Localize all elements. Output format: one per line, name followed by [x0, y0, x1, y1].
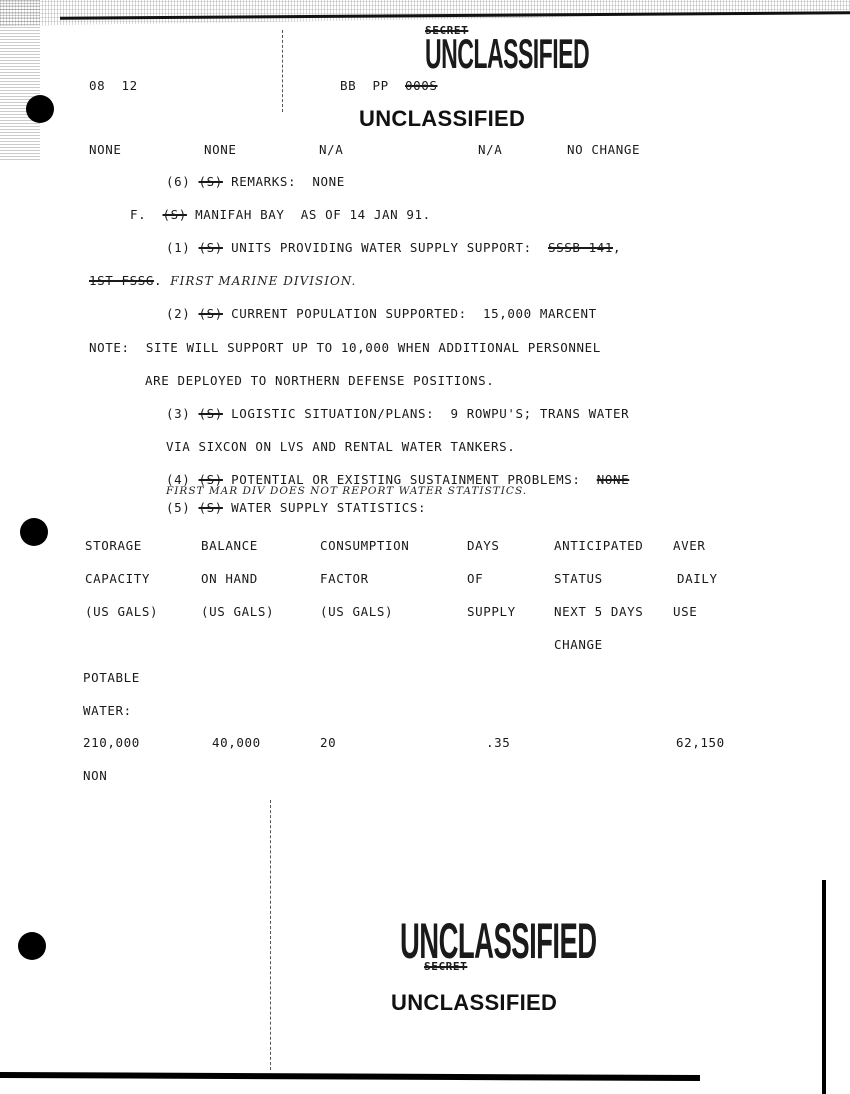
- routing-label: BB PP: [340, 78, 389, 93]
- cell-consumption-factor: 20: [320, 735, 336, 750]
- routing-struck: 000S: [405, 78, 438, 93]
- header-storage-1: STORAGE: [85, 538, 142, 553]
- prior-cell-3: N/A: [319, 142, 343, 157]
- header-anticipated-3: NEXT 5 DAYS: [554, 604, 643, 619]
- handwritten-unit: FIRST MARINE DIVISION.: [170, 274, 356, 288]
- item-3-continuation: VIA SIXCON ON LVS AND RENTAL WATER TANKE…: [166, 439, 515, 454]
- remarks-line: (6) (S) REMARKS: NONE: [166, 174, 345, 189]
- note-line-2: ARE DEPLOYED TO NORTHERN DEFENSE POSITIO…: [145, 373, 494, 388]
- header-aver-2: DAILY: [677, 571, 718, 586]
- item-1-continuation: 1ST FSSG. FIRST MARINE DIVISION.: [89, 273, 356, 288]
- note-line-1: NOTE: SITE WILL SUPPORT UP TO 10,000 WHE…: [89, 340, 601, 355]
- header-anticipated-4: CHANGE: [554, 637, 603, 652]
- classification-banner-top: UNCLASSIFIED: [359, 106, 525, 132]
- header-aver-1: AVER: [673, 538, 706, 553]
- prior-cell-5: NO CHANGE: [567, 142, 640, 157]
- punch-hole-middle: [20, 518, 48, 546]
- date-code: 08 12: [89, 78, 138, 93]
- punch-hole-top: [26, 95, 54, 123]
- page-edge-right: [822, 880, 826, 1094]
- header-days-1: DAYS: [467, 538, 500, 553]
- scan-noise-left: [0, 0, 40, 160]
- handwritten-note: FIRST MAR DIV DOES NOT REPORT WATER STAT…: [166, 485, 527, 497]
- stamp-struck-secret-bottom: SECRET: [424, 960, 467, 973]
- page-edge-bottom: [0, 1072, 700, 1081]
- header-anticipated-1: ANTICIPATED: [554, 538, 643, 553]
- section-f-heading: F. (S) MANIFAH BAY AS OF 14 JAN 91.: [130, 207, 431, 222]
- header-balance-1: BALANCE: [201, 538, 258, 553]
- header-storage-2: CAPACITY: [85, 571, 150, 586]
- cell-average-daily-use: 62,150: [676, 735, 725, 750]
- item-2-line: (2) (S) CURRENT POPULATION SUPPORTED: 15…: [166, 306, 597, 321]
- cell-days-of-supply: .35: [486, 735, 510, 750]
- header-balance-2: ON HAND: [201, 571, 258, 586]
- row-label-potable: POTABLE: [83, 670, 140, 685]
- header-consumption-3: (US GALS): [320, 604, 393, 619]
- item-5-line: (5) (S) WATER SUPPLY STATISTICS:: [166, 500, 426, 515]
- cell-balance-on-hand: 40,000: [212, 735, 261, 750]
- item-1-line: (1) (S) UNITS PROVIDING WATER SUPPLY SUP…: [166, 240, 621, 255]
- header-aver-3: USE: [673, 604, 697, 619]
- item-3-line: (3) (S) LOGISTIC SITUATION/PLANS: 9 ROWP…: [166, 406, 629, 421]
- header-consumption-2: FACTOR: [320, 571, 369, 586]
- header-days-3: SUPPLY: [467, 604, 516, 619]
- routing-code: BB PP 000S: [340, 78, 438, 93]
- header-anticipated-2: STATUS: [554, 571, 603, 586]
- header-days-2: OF: [467, 571, 483, 586]
- fold-line-bottom: [270, 800, 271, 1070]
- punch-hole-bottom: [18, 932, 46, 960]
- header-balance-3: (US GALS): [201, 604, 274, 619]
- header-consumption-1: CONSUMPTION: [320, 538, 409, 553]
- prior-cell-1: NONE: [89, 142, 122, 157]
- prior-cell-2: NONE: [204, 142, 237, 157]
- header-storage-3: (US GALS): [85, 604, 158, 619]
- cell-storage-capacity: 210,000: [83, 735, 140, 750]
- stamp-unclassified-top: UNCLASSIFIED: [425, 30, 589, 78]
- row-label-non: NON: [83, 768, 107, 783]
- fold-line-top: [282, 30, 283, 112]
- classification-banner-bottom: UNCLASSIFIED: [391, 990, 557, 1016]
- row-label-water: WATER:: [83, 703, 132, 718]
- prior-cell-4: N/A: [478, 142, 502, 157]
